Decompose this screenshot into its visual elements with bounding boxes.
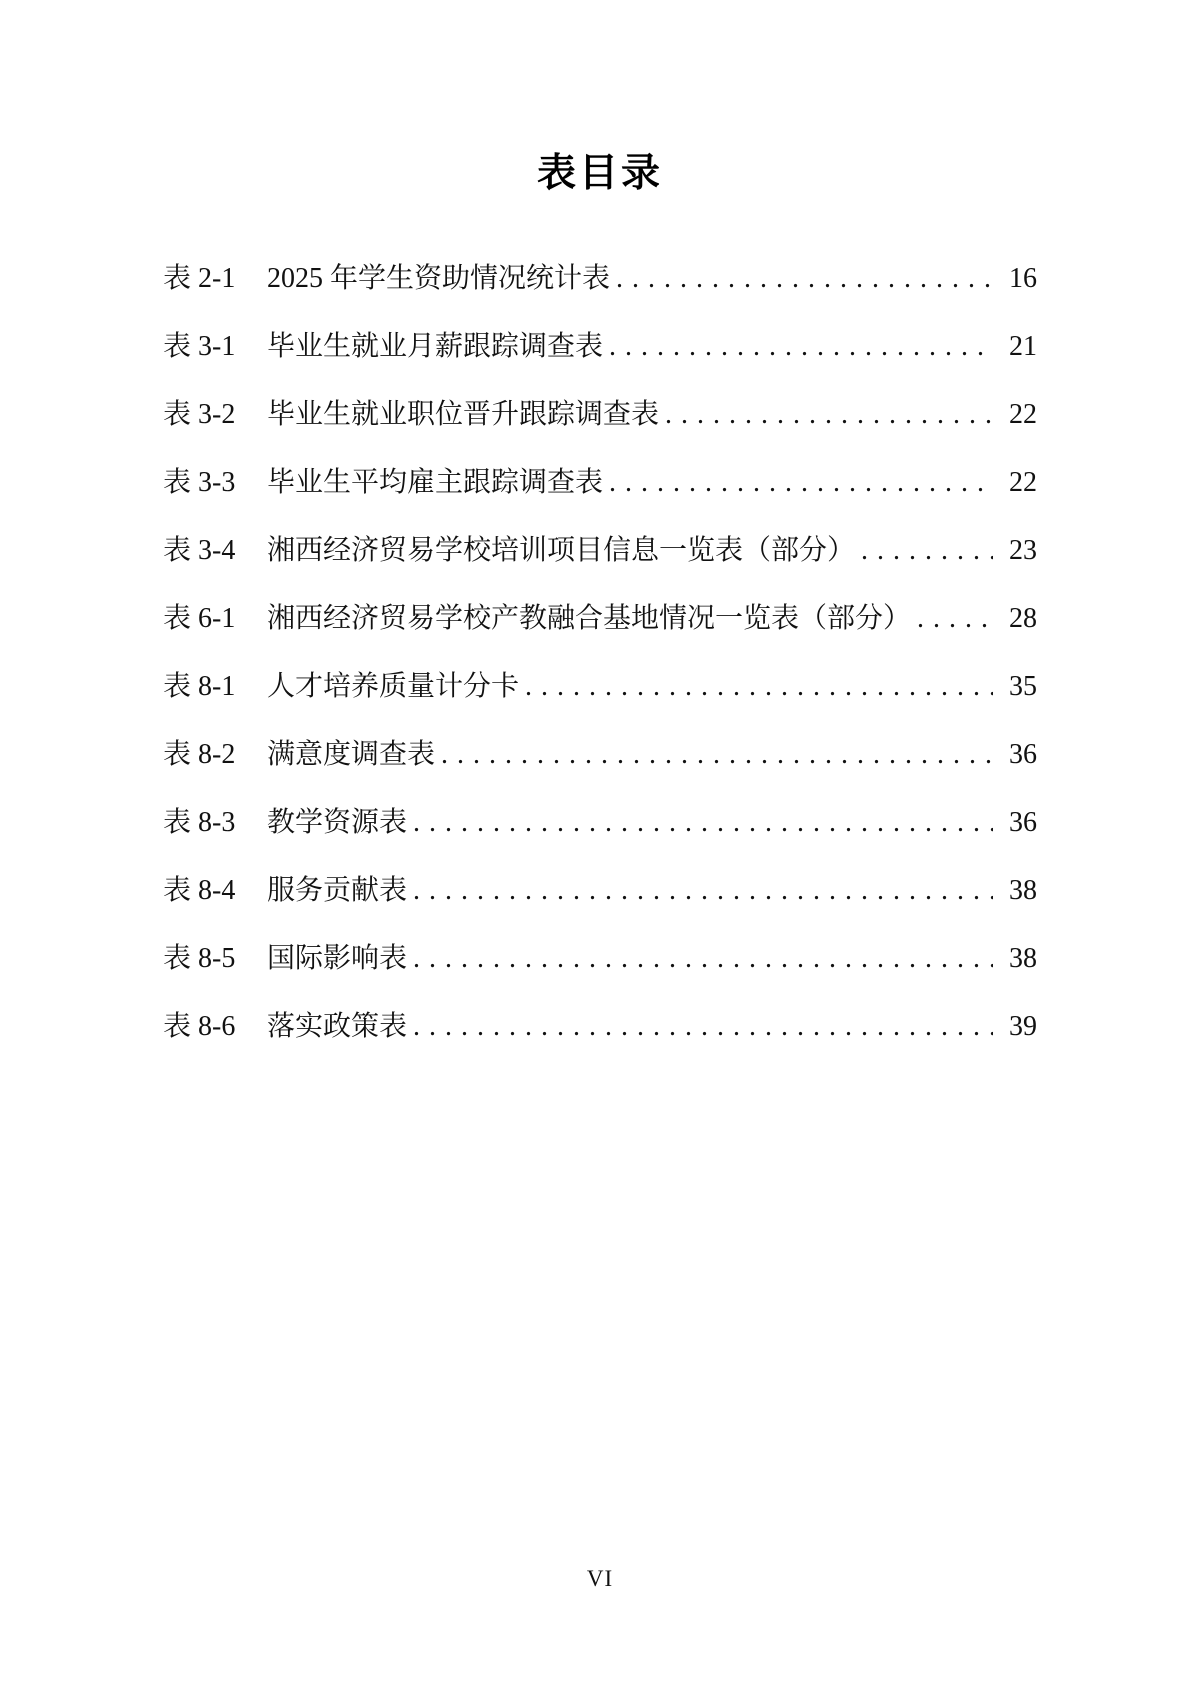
toc-entry-label: 表 8-5: [163, 942, 267, 975]
toc-entry-caption: 毕业生就业月薪跟踪调查表: [267, 330, 603, 363]
toc-entry-caption: 落实政策表: [267, 1010, 407, 1043]
dot-leader: [441, 738, 993, 771]
toc-entry[interactable]: 表 8-3 教学资源表 36: [163, 806, 1037, 839]
dot-leader: [413, 1010, 993, 1043]
toc-entry-page: 22: [997, 466, 1037, 499]
toc-entry-caption: 服务贡献表: [267, 874, 407, 907]
dot-leader: [413, 874, 993, 907]
toc-entry-label: 表 3-3: [163, 466, 267, 499]
toc-entry-caption: 满意度调查表: [267, 738, 435, 771]
dot-leader: [616, 262, 993, 295]
toc-entry[interactable]: 表 3-1 毕业生就业月薪跟踪调查表 21: [163, 330, 1037, 363]
dot-leader: [413, 942, 993, 975]
toc-entry-label: 表 3-2: [163, 398, 267, 431]
toc-entry-caption: 湘西经济贸易学校培训项目信息一览表（部分）: [267, 534, 855, 567]
toc-entry[interactable]: 表 8-4 服务贡献表 38: [163, 874, 1037, 907]
dot-leader: [609, 466, 993, 499]
toc-entry-caption: 毕业生就业职位晋升跟踪调查表: [267, 398, 659, 431]
toc-entry[interactable]: 表 3-4 湘西经济贸易学校培训项目信息一览表（部分） 23: [163, 534, 1037, 567]
dot-leader: [609, 330, 993, 363]
toc-entry[interactable]: 表 8-2 满意度调查表 36: [163, 738, 1037, 771]
toc-entry[interactable]: 表 3-3 毕业生平均雇主跟踪调查表 22: [163, 466, 1037, 499]
page-title: 表目录: [0, 150, 1200, 198]
toc-entry-label: 表 6-1: [163, 602, 267, 635]
toc-entry-label: 表 2-1: [163, 262, 267, 295]
toc-entry[interactable]: 表 8-5 国际影响表 38: [163, 942, 1037, 975]
toc-entry-caption: 毕业生平均雇主跟踪调查表: [267, 466, 603, 499]
toc-entry-page: 16: [997, 262, 1037, 295]
toc-entry-page: 38: [997, 942, 1037, 975]
toc-entry-label: 表 8-2: [163, 738, 267, 771]
toc-entry-page: 22: [997, 398, 1037, 431]
toc-list: 表 2-1 2025 年学生资助情况统计表 16 表 3-1 毕业生就业月薪跟踪…: [163, 262, 1037, 1043]
toc-entry-caption: 教学资源表: [267, 806, 407, 839]
toc-entry-label: 表 8-4: [163, 874, 267, 907]
dot-leader: [665, 398, 993, 431]
toc-entry-page: 39: [997, 1010, 1037, 1043]
toc-entry-page: 35: [997, 670, 1037, 703]
toc-entry-page: 28: [997, 602, 1037, 635]
toc-entry[interactable]: 表 6-1 湘西经济贸易学校产教融合基地情况一览表（部分） 28: [163, 602, 1037, 635]
toc-entry-caption: 国际影响表: [267, 942, 407, 975]
toc-entry[interactable]: 表 8-1 人才培养质量计分卡 35: [163, 670, 1037, 703]
toc-entry[interactable]: 表 2-1 2025 年学生资助情况统计表 16: [163, 262, 1037, 295]
toc-entry-page: 21: [997, 330, 1037, 363]
toc-entry-label: 表 8-3: [163, 806, 267, 839]
toc-entry-page: 36: [997, 738, 1037, 771]
toc-entry-label: 表 8-6: [163, 1010, 267, 1043]
toc-entry[interactable]: 表 8-6 落实政策表 39: [163, 1010, 1037, 1043]
dot-leader: [525, 670, 993, 703]
toc-entry-label: 表 3-4: [163, 534, 267, 567]
toc-entry-caption: 2025 年学生资助情况统计表: [267, 262, 610, 295]
dot-leader: [917, 602, 993, 635]
toc-entry-label: 表 3-1: [163, 330, 267, 363]
toc-entry-page: 38: [997, 874, 1037, 907]
toc-entry[interactable]: 表 3-2 毕业生就业职位晋升跟踪调查表 22: [163, 398, 1037, 431]
toc-entry-caption: 湘西经济贸易学校产教融合基地情况一览表（部分）: [267, 602, 911, 635]
toc-entry-page: 23: [997, 534, 1037, 567]
toc-entry-caption: 人才培养质量计分卡: [267, 670, 519, 703]
footer-page-number: VI: [0, 1566, 1200, 1592]
dot-leader: [413, 806, 993, 839]
dot-leader: [861, 534, 993, 567]
toc-entry-label: 表 8-1: [163, 670, 267, 703]
toc-entry-page: 36: [997, 806, 1037, 839]
document-page: 表目录 表 2-1 2025 年学生资助情况统计表 16 表 3-1 毕业生就业…: [0, 0, 1200, 1697]
